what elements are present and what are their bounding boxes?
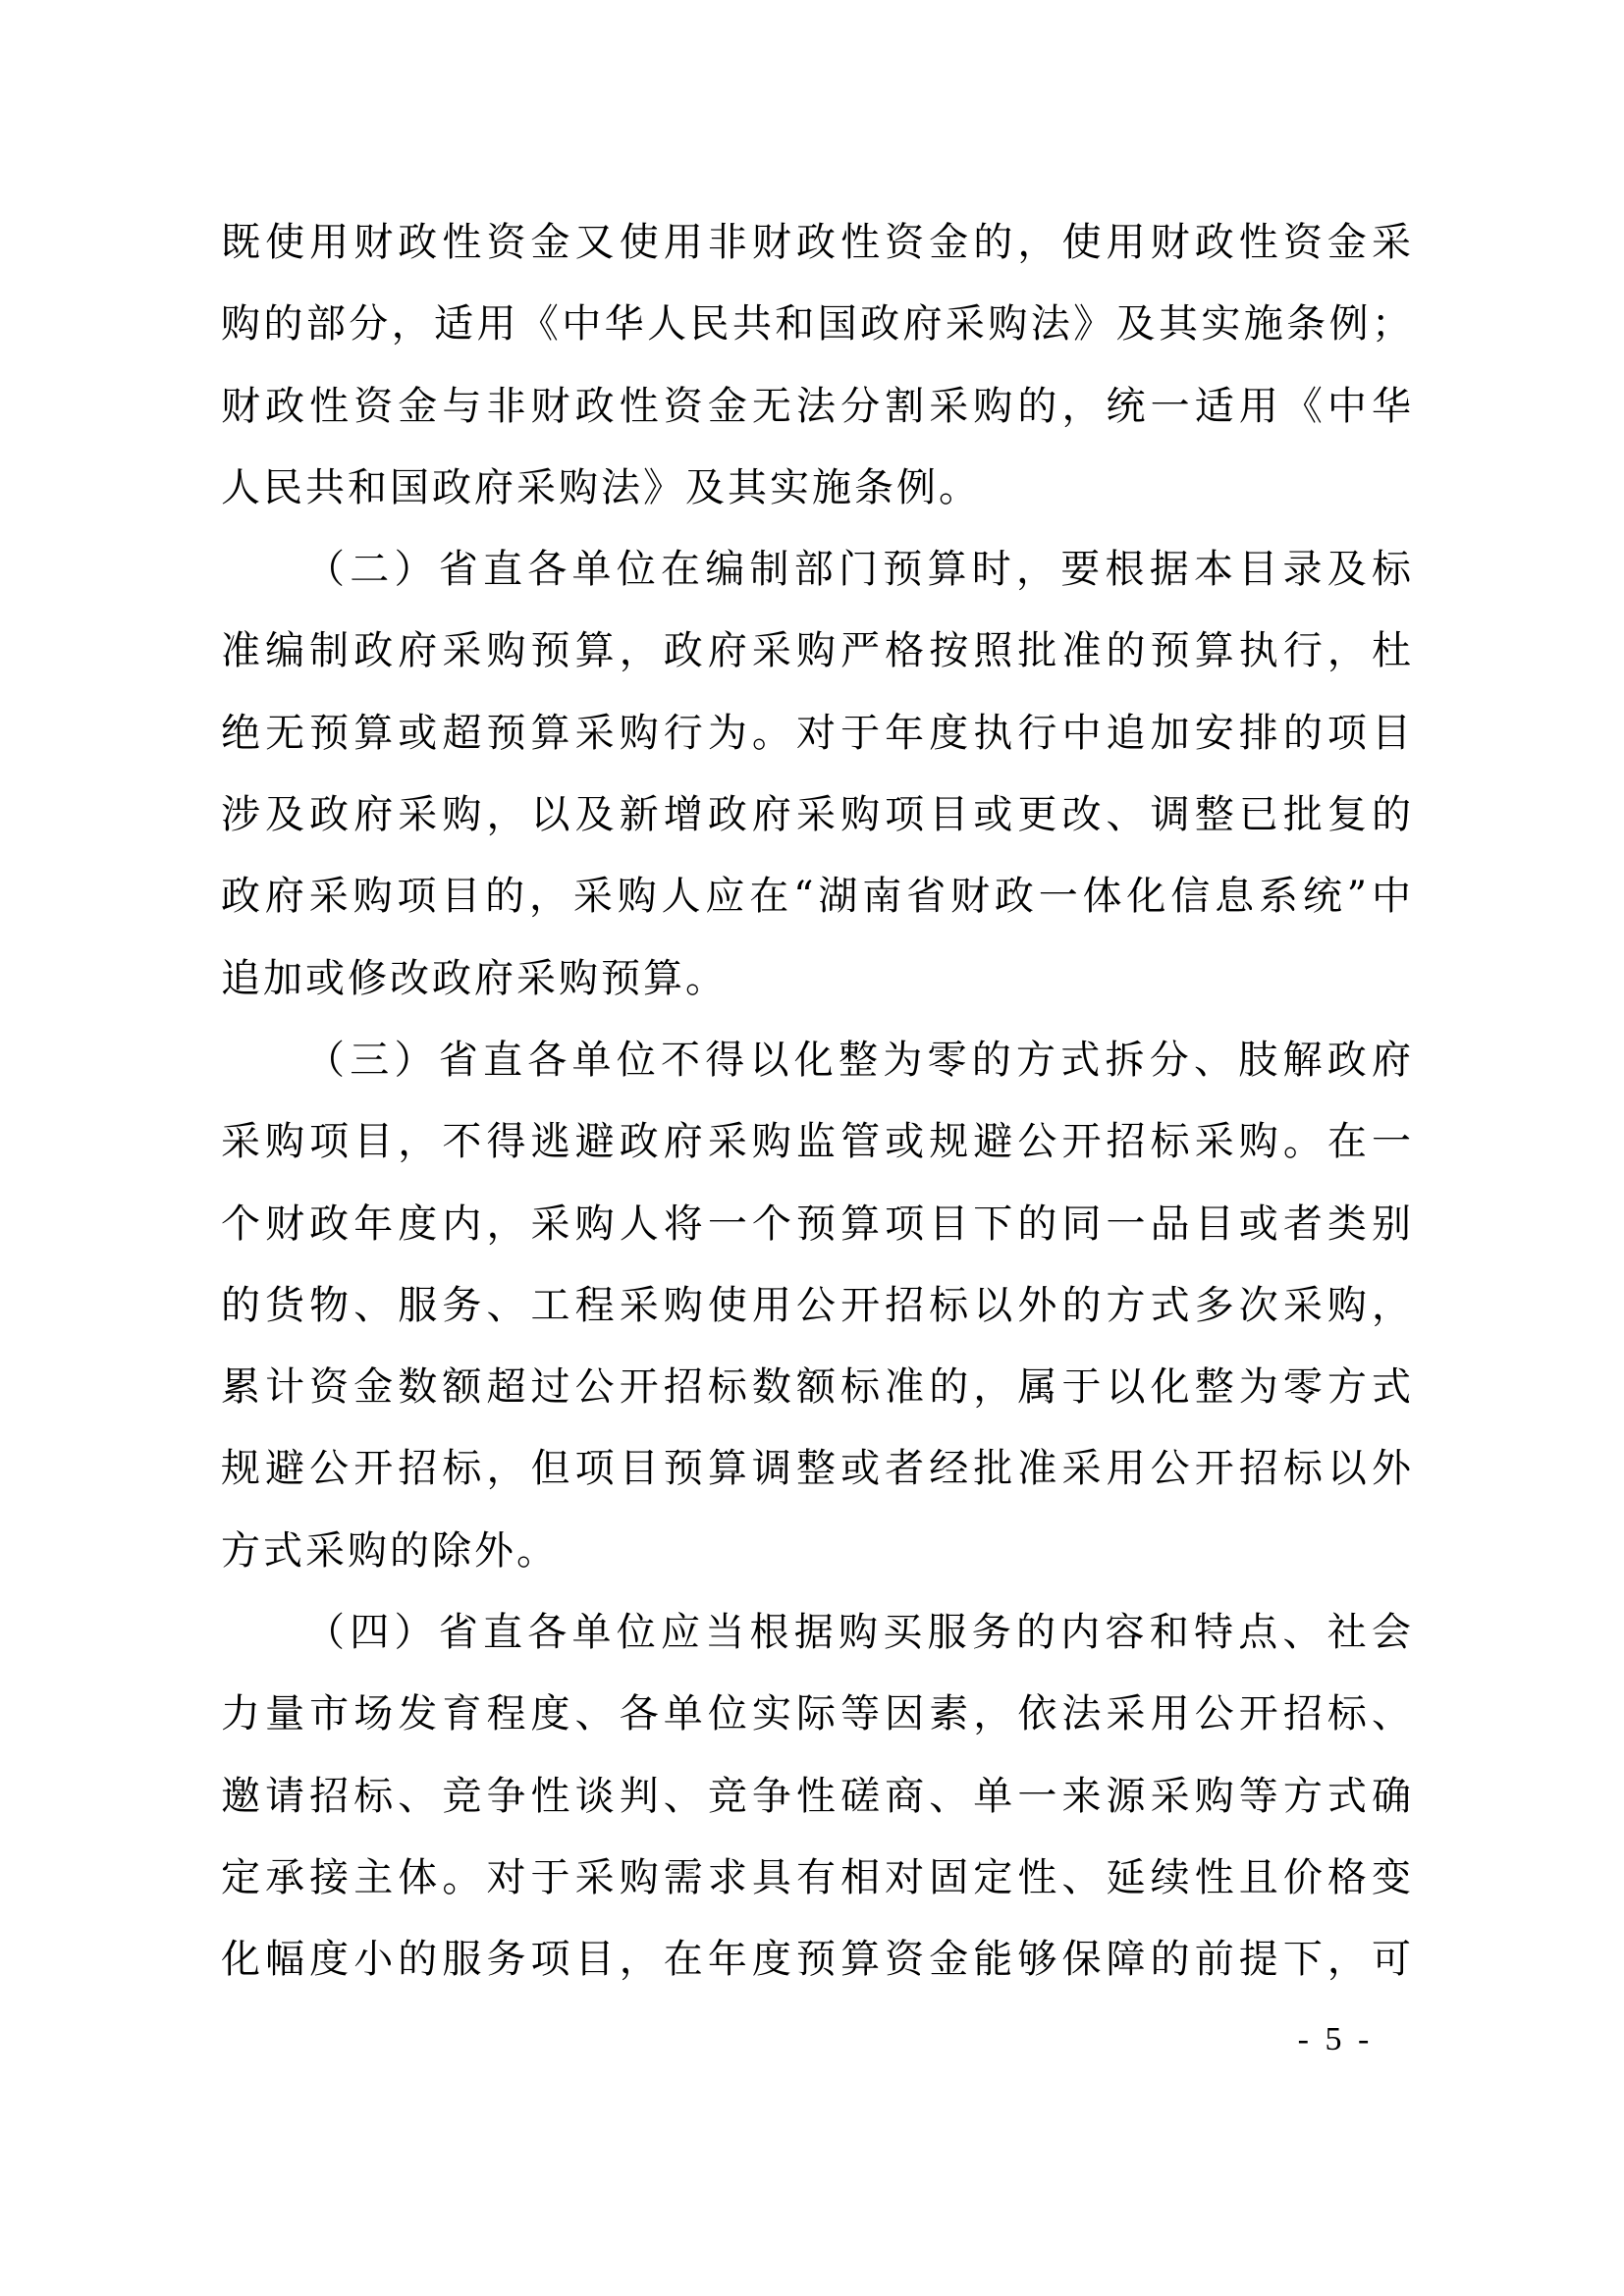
text-line: 邀请招标、竞争性谈判、竞争性磋商、单一来源采购等方式确 [221, 1756, 1411, 1838]
text-line: 财政性资金与非财政性资金无法分割采购的，统一适用《中华 [221, 366, 1411, 448]
text-line: 力量市场发育程度、各单位实际等因素，依法采用公开招标、 [221, 1674, 1411, 1755]
document-page: 既使用财政性资金又使用非财政性资金的，使用财政性资金采 购的部分，适用《中华人民… [0, 0, 1624, 2296]
text-line: （四）省直各单位应当根据购买服务的内容和特点、社会 [221, 1592, 1411, 1674]
text-line: 既使用财政性资金又使用非财政性资金的，使用财政性资金采 [221, 202, 1411, 284]
paragraph-continuation: 既使用财政性资金又使用非财政性资金的，使用财政性资金采 购的部分，适用《中华人民… [221, 202, 1411, 529]
text-line: 准编制政府采购预算，政府采购严格按照批准的预算执行，杜 [221, 611, 1411, 692]
text-line: 方式采购的除外。 [221, 1511, 1411, 1592]
text-line: 定承接主体。对于采购需求具有相对固定性、延续性且价格变 [221, 1838, 1411, 1919]
document-body: 既使用财政性资金又使用非财政性资金的，使用财政性资金采 购的部分，适用《中华人民… [221, 202, 1411, 2002]
text-line: 累计资金数额超过公开招标数额标准的，属于以化整为零方式 [221, 1347, 1411, 1428]
text-line: 涉及政府采购，以及新增政府采购项目或更改、调整已批复的 [221, 774, 1411, 856]
paragraph-section-2: （二）省直各单位在编制部门预算时，要根据本目录及标 准编制政府采购预算，政府采购… [221, 529, 1411, 1020]
text-line: 追加或修改政府采购预算。 [221, 938, 1411, 1020]
text-line: （三）省直各单位不得以化整为零的方式拆分、肢解政府 [221, 1020, 1411, 1101]
text-line: 购的部分，适用《中华人民共和国政府采购法》及其实施条例； [221, 284, 1411, 365]
text-line: （二）省直各单位在编制部门预算时，要根据本目录及标 [221, 529, 1411, 611]
paragraph-section-3: （三）省直各单位不得以化整为零的方式拆分、肢解政府 采购项目，不得逃避政府采购监… [221, 1020, 1411, 1592]
text-line: 政府采购项目的，采购人应在“湖南省财政一体化信息系统”中 [221, 856, 1411, 937]
text-line: 个财政年度内，采购人将一个预算项目下的同一品目或者类别 [221, 1184, 1411, 1265]
text-line: 化幅度小的服务项目，在年度预算资金能够保障的前提下，可 [221, 1919, 1411, 2001]
text-line: 采购项目，不得逃避政府采购监管或规避公开招标采购。在一 [221, 1101, 1411, 1183]
page-number: - 5 - [1276, 2020, 1394, 2059]
text-line: 规避公开招标，但项目预算调整或者经批准采用公开招标以外 [221, 1428, 1411, 1510]
text-line: 绝无预算或超预算采购行为。对于年度执行中追加安排的项目 [221, 693, 1411, 774]
text-line: 的货物、服务、工程采购使用公开招标以外的方式多次采购， [221, 1265, 1411, 1347]
text-line: 人民共和国政府采购法》及其实施条例。 [221, 448, 1411, 529]
paragraph-section-4: （四）省直各单位应当根据购买服务的内容和特点、社会 力量市场发育程度、各单位实际… [221, 1592, 1411, 2001]
